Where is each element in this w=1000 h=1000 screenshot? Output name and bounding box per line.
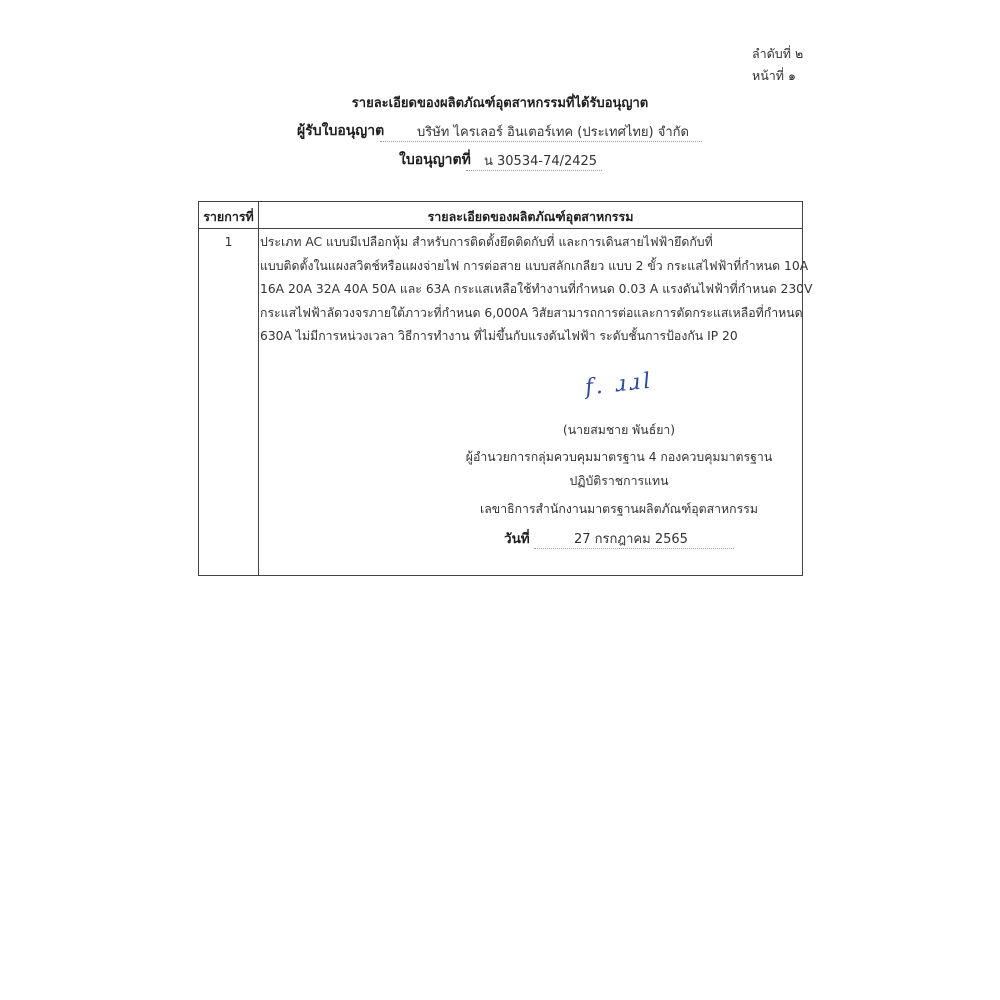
product-details-table: รายการที่ รายละเอียดของผลิตภัณฑ์อุตสาหกร… (198, 201, 803, 576)
signatory-name: (นายสมชาย พันธ์ยา) (459, 419, 779, 443)
license-number-field: น 30534-74/2425 (466, 147, 602, 171)
sequence-number: ลำดับที่ ๒ (752, 44, 803, 64)
date-label: วันที่ (504, 527, 530, 549)
licensee-field: บริษัท ไครเลอร์ อินเตอร์เทค (ประเทศไทย) … (380, 118, 702, 142)
column-header-details: รายละเอียดของผลิตภัณฑ์อุตสาหกรรม (259, 207, 802, 227)
table-row-description: ประเภท AC แบบมีเปลือกหุ้ม สำหรับการติดตั… (260, 231, 812, 349)
header-divider (199, 228, 802, 229)
licensee-value: บริษัท ไครเลอร์ อินเตอร์เทค (ประเทศไทย) … (417, 121, 689, 142)
date-value: 27 กรกฎาคม 2565 (574, 528, 688, 549)
description-line: 16A 20A 32A 40A 50A และ 63A กระแสเหลือใช… (260, 278, 812, 302)
page-number: หน้าที่ ๑ (752, 66, 796, 86)
table-row-item-no: 1 (199, 231, 258, 255)
handwritten-signature: f. ɹɹl (584, 368, 655, 400)
description-line: ประเภท AC แบบมีเปลือกหุ้ม สำหรับการติดตั… (260, 231, 812, 255)
column-divider (258, 202, 259, 575)
description-line: กระแสไฟฟ้าลัดวงจรภายใต้ภาวะที่กำหนด 6,00… (260, 302, 812, 326)
signatory-office: เลขาธิการสำนักงานมาตรฐานผลิตภัณฑ์อุตสาหก… (459, 498, 779, 522)
license-number-value: น 30534-74/2425 (484, 150, 597, 171)
description-line: 630A ไม่มีการหน่วงเวลา วิธีการทำงาน ที่ไ… (260, 325, 812, 349)
description-line: แบบติดตั้งในแผงสวิตช์หรือแผงจ่ายไฟ การต่… (260, 255, 812, 279)
column-header-item-no: รายการที่ (199, 207, 258, 227)
document-title: รายละเอียดของผลิตภัณฑ์อุตสาหกรรมที่ได้รั… (300, 92, 700, 113)
date-field: 27 กรกฎาคม 2565 (534, 525, 734, 549)
acting-on-behalf: ปฏิบัติราชการแทน (459, 470, 779, 494)
licensee-label: ผู้รับใบอนุญาต (297, 120, 384, 142)
license-number-label: ใบอนุญาตที่ (399, 149, 471, 171)
signatory-position: ผู้อำนวยการกลุ่มควบคุมมาตรฐาน 4 กองควบคุ… (459, 446, 779, 470)
